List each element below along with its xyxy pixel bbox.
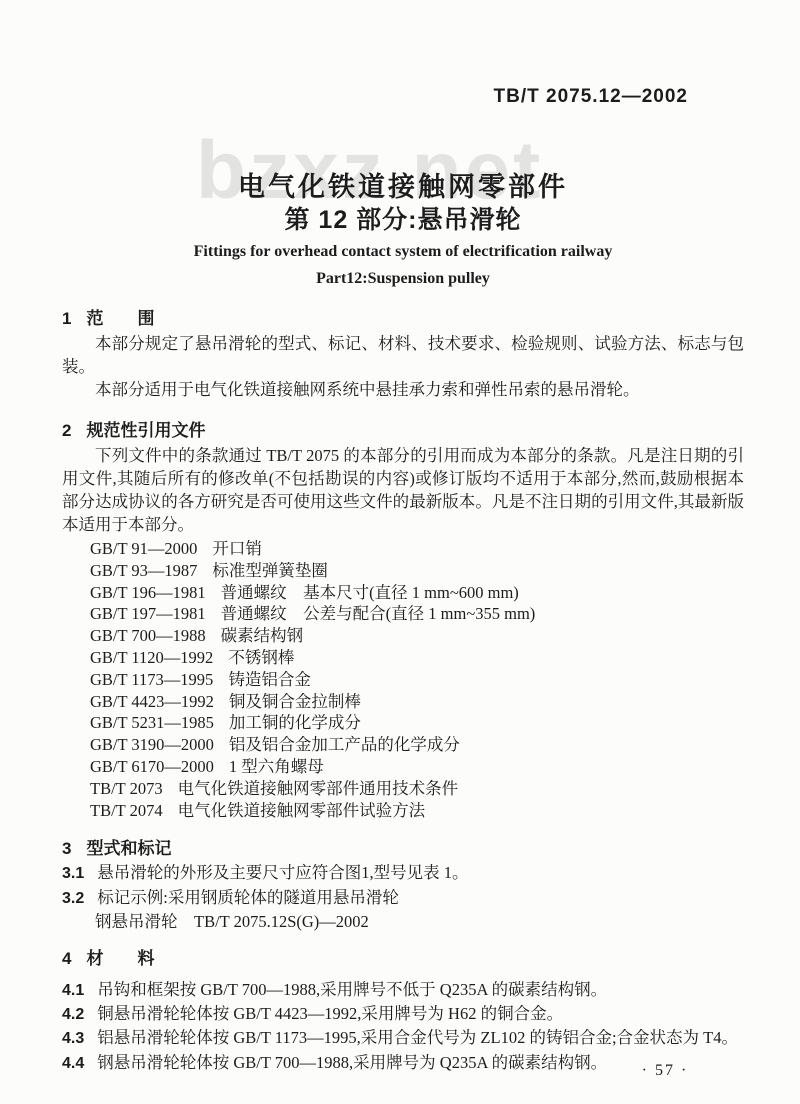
title-chinese-line2: 第 12 部分:悬吊滑轮 — [62, 200, 744, 236]
clause-3-1-number: 3.1 — [62, 862, 84, 886]
clause-3-1: 3.1悬吊滑轮的外形及主要尺寸应符合图1,型号见表 1。 — [62, 861, 744, 886]
reference-code: GB/T 91—2000 — [90, 538, 197, 560]
section-2-heading: 2规范性引用文件 — [62, 416, 744, 441]
reference-title: 标准型弹簧垫圈 — [212, 561, 328, 580]
reference-code: GB/T 4423—1992 — [90, 691, 214, 713]
references-list: GB/T 91—2000开口销 GB/T 93—1987标准型弹簧垫圈 GB/T… — [62, 538, 744, 821]
section-3-heading: 3型式和标记 — [62, 834, 744, 859]
section-1-title: 范 围 — [86, 309, 154, 328]
clause-4-4-text: 钢悬吊滑轮轮体按 GB/T 700—1988,采用牌号为 Q235A 的碳素结构… — [97, 1053, 607, 1072]
reference-title: 碳素结构钢 — [221, 626, 304, 645]
clause-4-2: 4.2铜悬吊滑轮轮体按 GB/T 4423—1992,采用牌号为 H62 的铜合… — [62, 1002, 744, 1026]
section-3-title: 型式和标记 — [86, 839, 171, 858]
section-1-number: 1 — [62, 309, 71, 329]
reference-code: GB/T 1173—1995 — [90, 669, 213, 691]
reference-item: GB/T 3190—2000铝及铝合金加工产品的化学成分 — [62, 734, 744, 756]
reference-code: GB/T 1120—1992 — [90, 647, 213, 669]
clause-3-2-text: 标记示例:采用钢质轮体的隧道用悬吊滑轮 — [97, 888, 399, 907]
reference-title: 铜及铜合金拉制棒 — [229, 692, 361, 711]
title-english-line2: Part12:Suspension pulley — [62, 270, 744, 288]
reference-title: 铸造铝合金 — [228, 670, 311, 689]
page-number: · 57 · — [620, 1062, 710, 1080]
clause-4-1: 4.1吊钩和框架按 GB/T 700—1988,采用牌号不低于 Q235A 的碳… — [62, 978, 744, 1002]
reference-item: GB/T 196—1981普通螺纹 基本尺寸(直径 1 mm~600 mm) — [62, 582, 744, 604]
reference-code: GB/T 5231—1985 — [90, 712, 214, 734]
reference-item: GB/T 91—2000开口销 — [62, 538, 744, 560]
section-4-number: 4 — [62, 949, 71, 969]
reference-code: GB/T 93—1987 — [90, 560, 197, 582]
clause-4-2-text: 铜悬吊滑轮轮体按 GB/T 4423—1992,采用牌号为 H62 的铜合金。 — [97, 1004, 563, 1023]
clause-3-2-number: 3.2 — [62, 887, 84, 911]
section-3-number: 3 — [62, 839, 71, 859]
reference-code: GB/T 6170—2000 — [90, 756, 214, 778]
scope-paragraph-1: 本部分规定了悬吊滑轮的型式、标记、材料、技术要求、检验规则、试验方法、标志与包装… — [62, 332, 744, 378]
reference-title: 电气化铁道接触网零部件通用技术条件 — [178, 779, 459, 798]
clause-4-3-text: 铝悬吊滑轮轮体按 GB/T 1173—1995,采用合金代号为 ZL102 的铸… — [97, 1028, 738, 1047]
reference-code: TB/T 2073 — [90, 778, 163, 800]
reference-code: GB/T 197—1981 — [90, 603, 206, 625]
title-english-line1: Fittings for overhead contact system of … — [62, 243, 744, 261]
standard-number: TB/T 2075.12—2002 — [494, 86, 688, 108]
section-4-body: 4.1吊钩和框架按 GB/T 700—1988,采用牌号不低于 Q235A 的碳… — [62, 978, 744, 1075]
section-4-heading: 4材 料 — [62, 944, 744, 969]
section-3-body: 3.1悬吊滑轮的外形及主要尺寸应符合图1,型号见表 1。 3.2标记示例:采用钢… — [62, 861, 744, 934]
reference-title: 普通螺纹 公差与配合(直径 1 mm~355 mm) — [221, 604, 536, 623]
reference-title: 加工铜的化学成分 — [229, 713, 361, 732]
section-2-body: 下列文件中的条款通过 TB/T 2075 的本部分的引用而成为本部分的条款。凡是… — [62, 444, 744, 536]
title-chinese-line1: 电气化铁道接触网零部件 — [62, 165, 744, 204]
section-2-title: 规范性引用文件 — [86, 421, 205, 440]
reference-title: 普通螺纹 基本尺寸(直径 1 mm~600 mm) — [221, 583, 519, 602]
reference-item: GB/T 4423—1992铜及铜合金拉制棒 — [62, 691, 744, 713]
reference-title: 不锈钢棒 — [228, 648, 294, 667]
reference-item: GB/T 1173—1995铸造铝合金 — [62, 669, 744, 691]
reference-item: TB/T 2074电气化铁道接触网零部件试验方法 — [62, 800, 744, 822]
section-1-body: 本部分规定了悬吊滑轮的型式、标记、材料、技术要求、检验规则、试验方法、标志与包装… — [62, 332, 744, 401]
reference-code: GB/T 196—1981 — [90, 582, 206, 604]
clause-4-1-number: 4.1 — [62, 979, 84, 1002]
document-page: bzxz.net TB/T 2075.12—2002 电气化铁道接触网零部件 第… — [0, 0, 800, 1104]
references-paragraph: 下列文件中的条款通过 TB/T 2075 的本部分的引用而成为本部分的条款。凡是… — [62, 444, 744, 536]
clause-4-3-number: 4.3 — [62, 1027, 84, 1050]
section-1-heading: 1范 围 — [62, 304, 744, 329]
reference-code: TB/T 2074 — [90, 800, 163, 822]
reference-item: GB/T 197—1981普通螺纹 公差与配合(直径 1 mm~355 mm) — [62, 603, 744, 625]
clause-4-3: 4.3铝悬吊滑轮轮体按 GB/T 1173—1995,采用合金代号为 ZL102… — [62, 1026, 744, 1050]
reference-item: GB/T 1120—1992不锈钢棒 — [62, 647, 744, 669]
reference-item: TB/T 2073电气化铁道接触网零部件通用技术条件 — [62, 778, 744, 800]
section-2-number: 2 — [62, 421, 71, 441]
clause-4-2-number: 4.2 — [62, 1003, 84, 1026]
reference-item: GB/T 700—1988碳素结构钢 — [62, 625, 744, 647]
clause-3-2: 3.2标记示例:采用钢质轮体的隧道用悬吊滑轮 — [62, 886, 744, 911]
reference-item: GB/T 5231—1985加工铜的化学成分 — [62, 712, 744, 734]
reference-code: GB/T 700—1988 — [90, 625, 206, 647]
marking-example: 钢悬吊滑轮 TB/T 2075.12S(G)—2002 — [62, 910, 744, 934]
reference-code: GB/T 3190—2000 — [90, 734, 214, 756]
reference-title: 开口销 — [212, 539, 262, 558]
reference-item: GB/T 6170—20001 型六角螺母 — [62, 756, 744, 778]
reference-title: 1 型六角螺母 — [229, 757, 324, 776]
reference-title: 铝及铝合金加工产品的化学成分 — [229, 735, 460, 754]
reference-title: 电气化铁道接触网零部件试验方法 — [178, 801, 426, 820]
section-4-title: 材 料 — [86, 949, 154, 968]
clause-3-1-text: 悬吊滑轮的外形及主要尺寸应符合图1,型号见表 1。 — [97, 863, 468, 882]
clause-4-4-number: 4.4 — [62, 1052, 84, 1075]
clause-4-1-text: 吊钩和框架按 GB/T 700—1988,采用牌号不低于 Q235A 的碳素结构… — [97, 980, 607, 999]
reference-item: GB/T 93—1987标准型弹簧垫圈 — [62, 560, 744, 582]
scope-paragraph-2: 本部分适用于电气化铁道接触网系统中悬挂承力索和弹性吊索的悬吊滑轮。 — [62, 378, 744, 401]
